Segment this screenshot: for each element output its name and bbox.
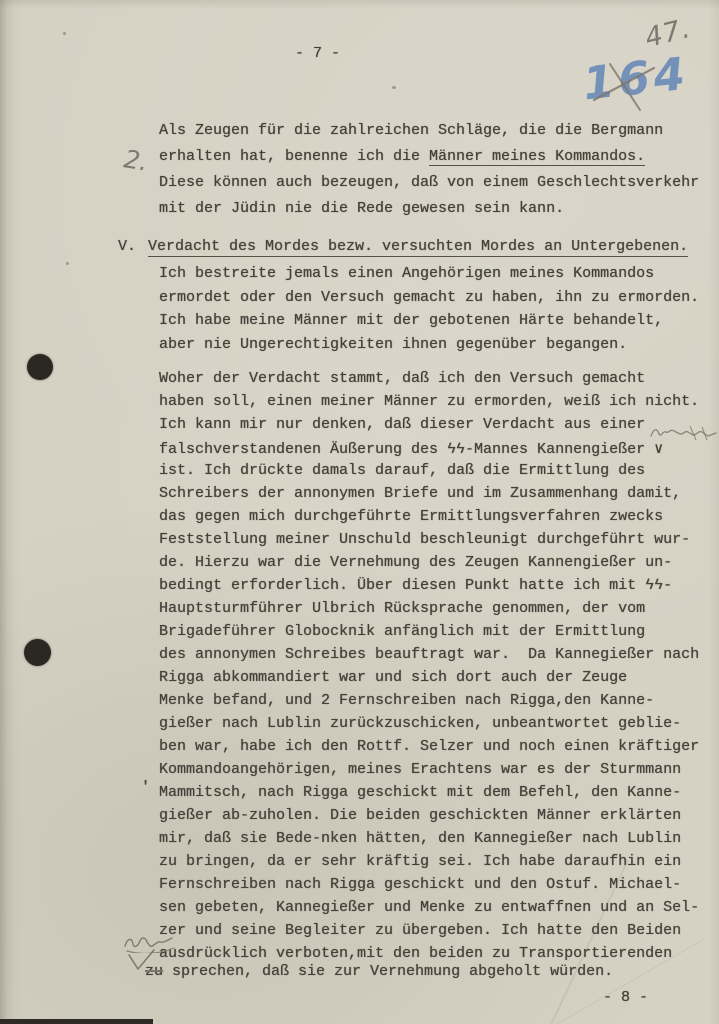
text-line: Mammitsch, nach Rigga geschickt mit dem … xyxy=(159,784,699,807)
document-page: - 7 - 47. 164 2. Als Zeugen für die zahl… xyxy=(0,0,719,1024)
text-line: Fernschreiben nach Rigga geschickt und d… xyxy=(159,876,699,899)
text-line: zu sprechen, daß sie zur Vernehmung abge… xyxy=(145,963,613,986)
margin-apostrophe-mark: ' xyxy=(141,779,150,796)
text-line: de. Hierzu war die Vernehmung des Zeugen… xyxy=(159,554,699,577)
text-line: gießer ab-zuholen. Die beiden geschickte… xyxy=(159,807,699,830)
text-line: Diese können auch bezeugen, daß von eine… xyxy=(159,174,699,200)
text-line: gießer nach Lublin zurückzuschicken, unb… xyxy=(159,715,699,738)
text-line: erhalten hat, benenne ich die Männer mei… xyxy=(159,148,699,174)
section-heading-text: Verdacht des Mordes bezw. versuchten Mor… xyxy=(148,238,688,257)
text-line: Menke befand, und 2 Fernschreiben nach R… xyxy=(159,692,699,715)
text-line: Kommandoangehörigen, meines Erachtens wa… xyxy=(159,761,699,784)
text-line: aber nie Ungerechtigkeiten ihnen gegenüb… xyxy=(159,336,699,360)
page-number-header: - 7 - xyxy=(295,45,340,62)
text-line: mir, daß sie Bede-nken hätten, den Kanne… xyxy=(159,830,699,853)
pencil-caret-mark xyxy=(126,947,166,973)
paper-speck xyxy=(392,86,396,89)
handwritten-margin-number: 2. xyxy=(122,144,150,176)
text-line: zer und seine Begleiter zu übergeben. Ic… xyxy=(159,922,699,945)
text-line: Feststellung meiner Unschuld beschleunig… xyxy=(159,531,699,554)
text-line: des annonymen Schreibes beauftragt war. … xyxy=(159,646,699,669)
pencil-scribble-annotation xyxy=(650,424,719,442)
section-marker: V. xyxy=(118,238,136,255)
text-line: ermordet oder den Versuch gemacht zu hab… xyxy=(159,289,699,313)
paragraph-witnesses: Als Zeugen für die zahlreichen Schläge, … xyxy=(159,122,699,226)
text-line: Als Zeugen für die zahlreichen Schläge, … xyxy=(159,122,699,148)
text-line: sen gebeten, Kannegießer und Menke zu en… xyxy=(159,899,699,922)
paragraph-explanation: Woher der Verdacht stammt, daß ich den V… xyxy=(159,370,699,968)
paper-speck xyxy=(63,32,66,35)
text-line: Woher der Verdacht stammt, daß ich den V… xyxy=(159,370,699,393)
text-line: mit der Jüdin nie die Rede gewesen sein … xyxy=(159,200,699,226)
hole-punch-bottom xyxy=(24,639,51,666)
text-line: Brigadeführer Globocknik anfänglich mit … xyxy=(159,623,699,646)
paragraph-explanation-last-line: zu sprechen, daß sie zur Vernehmung abge… xyxy=(145,963,613,986)
text-line: ist. Ich drückte damals darauf, daß die … xyxy=(159,462,699,485)
text-line: Schreibers der annonymen Briefe und im Z… xyxy=(159,485,699,508)
scan-edge-artifact xyxy=(0,1019,153,1024)
text-line: das gegen mich durchgeführte Ermittlungs… xyxy=(159,508,699,531)
text-line: Ich kann mir nur denken, daß dieser Verd… xyxy=(159,416,699,439)
hole-punch-top xyxy=(27,354,53,380)
pencil-crossout-x xyxy=(588,58,666,114)
text-line: haben soll, einen meiner Männer zu ermor… xyxy=(159,393,699,416)
text-line: ben war, habe ich den Rottf. Selzer und … xyxy=(159,738,699,761)
text-line: Ich bestreite jemals einen Angehörigen m… xyxy=(159,265,699,289)
text-line: zu bringen, da er sehr kräftig sei. Ich … xyxy=(159,853,699,876)
paper-speck xyxy=(66,262,69,265)
text-line: Rigga abkommandiert war und sich dort au… xyxy=(159,669,699,692)
text-line: falschverstandenen Äußerung des ϟϟ-Manne… xyxy=(159,439,699,462)
text-line: bedingt erforderlich. Über diesen Punkt … xyxy=(159,577,699,600)
text-line: Hauptsturmführer Ulbrich Rücksprache gen… xyxy=(159,600,699,623)
page-number-footer: - 8 - xyxy=(603,989,648,1006)
paragraph-denial: Ich bestreite jemals einen Angehörigen m… xyxy=(159,265,699,359)
section-heading: Verdacht des Mordes bezw. versuchten Mor… xyxy=(148,238,688,257)
text-line: Ich habe meine Männer mit der gebotenen … xyxy=(159,312,699,336)
